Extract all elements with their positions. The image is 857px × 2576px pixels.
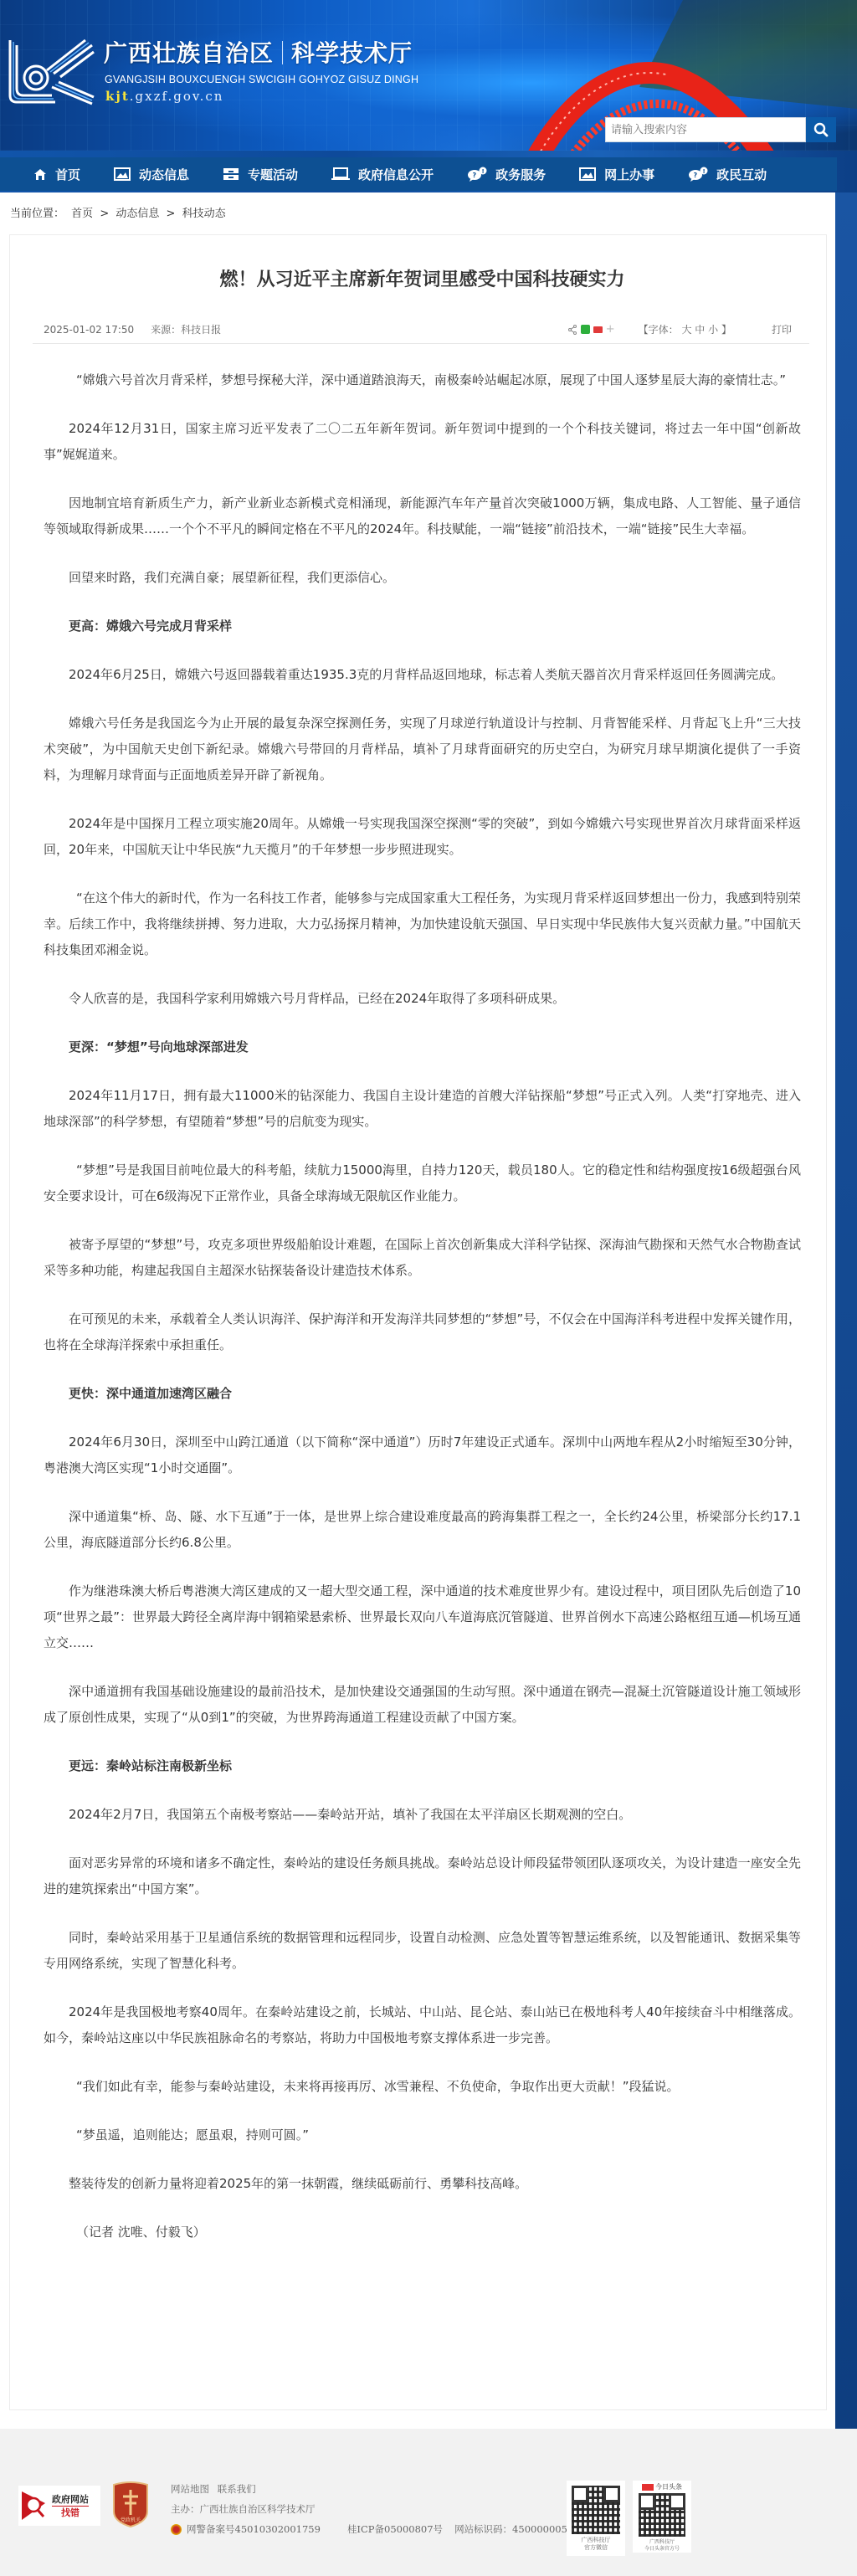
font-size-control: 【字体： 大 中 小 】 — [639, 322, 731, 336]
badge-line1: 政府网站 — [52, 2493, 89, 2507]
monitor-icon — [331, 167, 350, 181]
site-title: 广西壮族自治区科学技术厅 — [104, 35, 413, 69]
article-paragraph: 在可预见的未来，承载着全人类认识海洋、保护海洋和开发海洋共同梦想的“梦想”号，不… — [44, 1306, 801, 1358]
chat-bubbles-icon: ?! — [467, 167, 487, 182]
qr-code-image — [572, 2486, 620, 2534]
footer-info: 网站地图 联系我们 主办：广西壮族自治区科学技术厅 网警备案号450103020… — [171, 2479, 573, 2539]
search-input[interactable] — [605, 117, 806, 142]
article-paragraph: “在这个伟大的新时代，作为一名科技工作者，能够参与完成国家重大工程任务，为实现月… — [44, 885, 801, 963]
site-title-dept: 科学技术厅 — [291, 39, 413, 67]
nav-item-news[interactable]: 动态信息 — [114, 166, 189, 183]
article-paragraph: 嫦娥六号任务是我国迄今为止开展的最复杂深空探测任务，实现了月球逆行轨道设计与控制… — [44, 711, 801, 788]
search-icon — [813, 122, 829, 137]
nav-label: 网上办事 — [604, 166, 654, 183]
nav-label: 专题活动 — [248, 166, 298, 183]
site-domain: kjt.gxzf.gov.cn — [105, 89, 223, 104]
article-paragraph: 整装待发的创新力量将迎着2025年的第一抹朝霞，继续砥砺前行、勇攀科技高峰。 — [44, 2171, 801, 2197]
article: 燃！从习近平主席新年贺词里感受中国科技硬实力 2025-01-02 17:50 … — [9, 234, 827, 2410]
gov-site-error-report-badge[interactable]: 政府网站 找错 — [18, 2486, 100, 2526]
article-paragraph: 作为继港珠澳大桥后粤港澳大湾区建成的又一超大型交通工程，深中通道的技术难度世界少… — [44, 1578, 801, 1656]
article-paragraph: “梦想”号是我国目前吨位最大的科考船，续航力15000海里，自持力120天，载员… — [44, 1157, 801, 1209]
article-paragraph: 被寄予厚望的“梦想”号，攻克多项世界级船舶设计难题，在国际上首次创新集成大洋科学… — [44, 1232, 801, 1284]
site-title-region: 广西壮族自治区 — [104, 39, 274, 67]
font-size-large[interactable]: 大 — [681, 324, 691, 336]
share-icon[interactable] — [567, 325, 577, 335]
article-paragraph: 2024年6月25日，嫦娥六号返回器载着重达1935.3克的月背样品返回地球，标… — [44, 662, 801, 688]
nav-item-interaction[interactable]: ?! 政民互动 — [688, 166, 767, 183]
image-icon — [579, 167, 596, 181]
breadcrumb-news[interactable]: 动态信息 — [115, 208, 159, 220]
contact-link[interactable]: 联系我们 — [218, 2483, 256, 2495]
article-paragraph: 回望来时路，我们充满自豪；展望新征程，我们更添信心。 — [44, 565, 801, 591]
qr1-caption-line2: 官方微信 — [582, 2544, 611, 2552]
article-meta: 2025-01-02 17:50 来源：科技日报 + 【字体： 大 中 小 】 … — [33, 316, 809, 344]
sitemap-link[interactable]: 网站地图 — [171, 2483, 209, 2495]
svg-text:!: ! — [482, 168, 485, 175]
article-title: 燃！从习近平主席新年贺词里感受中国科技硬实力 — [44, 235, 801, 316]
police-badge-icon — [171, 2524, 182, 2535]
article-paragraph: 2024年2月7日，我国第五个南极考察站——秦岭站开站，填补了我国在太平洋扇区长… — [44, 1802, 801, 1828]
article-paragraph: “我们如此有幸，能参与秦岭站建设，未来将再接再厉、冰雪兼程、不负使命，争取作出更… — [44, 2074, 801, 2100]
section-heading: 更深：“梦想”号向地球深部进发 — [44, 1034, 801, 1060]
site-domain-highlight: kjt — [105, 89, 130, 104]
qr-code-image — [639, 2493, 685, 2537]
article-paragraph: 2024年11月17日，拥有最大11000米的钻深能力、我国自主设计建造的首艘大… — [44, 1083, 801, 1135]
font-size-small[interactable]: 小 — [708, 324, 718, 336]
section-heading: 更快：深中通道加速湾区融合 — [44, 1381, 801, 1407]
more-share-icon[interactable]: + — [606, 323, 615, 336]
site-domain-rest: .gxzf.gov.cn — [130, 89, 224, 104]
article-paragraph: 2024年6月30日，深圳至中山跨江通道（以下简称“深中通道”）历时7年建设正式… — [44, 1429, 801, 1481]
publish-date: 2025-01-02 17:50 — [44, 324, 134, 336]
toutiao-qr-code: 今日头条 广西科技厅 今日头条官方号 — [633, 2481, 691, 2553]
breadcrumb-separator: > — [100, 208, 109, 220]
footer-sponsor: 主办：广西壮族自治区科学技术厅 — [171, 2499, 573, 2519]
article-paragraph: 因地制宜培育新质生产力，新产业新业态新模式竞相涌现，新能源汽车年产量首次突破10… — [44, 490, 801, 542]
section-heading: 更远：秦岭站标注南极新坐标 — [44, 1753, 801, 1779]
nav-label: 政民互动 — [716, 166, 767, 183]
image-icon — [114, 167, 131, 181]
article-paragraph: 令人欣喜的是，我国科学家利用嫦娥六号月背样品，已经在2024年取得了多项科研成果… — [44, 986, 801, 1012]
svg-text:!: ! — [703, 168, 706, 175]
breadcrumb-prefix: 当前位置： — [10, 208, 64, 220]
site-footer: 政府网站 找错 党政机关 网站地图 联系我们 主办：广西壮族自治区科学技术厅 网… — [0, 2429, 857, 2576]
font-size-label-open: 【字体： — [639, 324, 679, 336]
article-paragraph: “梦虽遥，追则能达；愿虽艰，持则可圆。” — [44, 2122, 801, 2148]
article-paragraph: 深中通道集“桥、岛、隧、水下互通”于一体，是世界上综合建设难度最高的跨海集群工程… — [44, 1504, 801, 1556]
nav-label: 政府信息公开 — [358, 166, 434, 183]
section-heading: 更高：嫦娥六号完成月背采样 — [44, 613, 801, 639]
breadcrumb-home[interactable]: 首页 — [71, 208, 93, 220]
error-report-icon — [18, 2486, 52, 2525]
toutiao-logo-icon — [642, 2484, 654, 2491]
article-paragraph: 面对恶劣异常的环境和诸多不确定性，秦岭站的建设任务颇具挑战。秦岭站总设计师段猛带… — [44, 1850, 801, 1902]
article-paragraph: 2024年12月31日，国家主席习近平发表了二〇二五年新年贺词。新年贺词中提到的… — [44, 416, 801, 468]
site-header: 广西壮族自治区科学技术厅 GVANGJSIH BOUXCUENGH SWCIGI… — [0, 0, 857, 151]
qr2-caption-line1: 广西科技厅 — [644, 2539, 680, 2546]
article-paragraph: “嫦娥六号首次月背采样，梦想号探秘大洋，深中通道踏浪海天，南极秦岭站崛起冰原，展… — [44, 367, 801, 393]
font-size-label-close: 】 — [721, 324, 731, 336]
wechat-share-icon[interactable] — [581, 325, 590, 334]
article-paragraph: 深中通道拥有我国基础设施建设的最前沿技术，是加快建设交通强国的生动写照。深中通道… — [44, 1679, 801, 1731]
toutiao-header: 今日头条 — [642, 2482, 682, 2491]
svg-text:党政机关: 党政机关 — [121, 2517, 141, 2523]
main-nav-wrapper: 首页 动态信息 专题活动 政府信息公开 ?! 政务服务 网上办事 ?! 政民互动 — [0, 151, 857, 192]
svg-text:?: ? — [694, 172, 698, 179]
nav-item-gov-info[interactable]: 政府信息公开 — [331, 166, 434, 183]
article-body: “嫦娥六号首次月背采样，梦想号探秘大洋，深中通道踏浪海天，南极秦岭站崛起冰原，展… — [44, 344, 801, 2245]
weibo-share-icon[interactable] — [593, 326, 603, 333]
title-divider — [282, 41, 283, 64]
article-paragraph: （记者 沈唯、付毅飞） — [44, 2219, 801, 2245]
nav-item-online-services[interactable]: 网上办事 — [579, 166, 654, 183]
kjt-logo-icon — [5, 37, 95, 105]
main-nav: 首页 动态信息 专题活动 政府信息公开 ?! 政务服务 网上办事 ?! 政民互动 — [0, 157, 837, 191]
nav-item-topics[interactable]: 专题活动 — [223, 166, 298, 183]
police-record-link[interactable]: 网警备案号45010302001759 — [187, 2519, 321, 2539]
site-id-code: 网站标识码：4500000052 — [454, 2519, 573, 2539]
svg-text:?: ? — [473, 172, 477, 179]
font-size-medium[interactable]: 中 — [695, 324, 705, 336]
article-paragraph: 2024年是中国探月工程立项实施20周年。从嫦娥一号实现我国深空探测“零的突破”… — [44, 811, 801, 863]
inbox-icon — [223, 167, 239, 181]
badge-line2: 找错 — [52, 2507, 89, 2519]
home-icon — [33, 167, 47, 181]
page-content: 当前位置： 首页 > 动态信息 > 科技动态 燃！从习近平主席新年贺词里感受中国… — [0, 192, 835, 2429]
icp-record-link[interactable]: 桂ICP备05000807号 — [347, 2519, 443, 2539]
print-button[interactable]: 打印 — [772, 322, 792, 336]
site-subtitle-zhuang: GVANGJSIH BOUXCUENGH SWCIGIH GOHYOZ GISU… — [105, 74, 418, 85]
wechat-qr-code: 广西科技厅 官方微信 — [567, 2481, 625, 2556]
nav-label: 首页 — [55, 166, 80, 183]
qr2-caption-line2: 今日头条官方号 — [644, 2546, 680, 2553]
main-background: 当前位置： 首页 > 动态信息 > 科技动态 燃！从习近平主席新年贺词里感受中国… — [0, 192, 857, 2429]
chat-bubbles-icon: ?! — [688, 167, 708, 182]
breadcrumb-tech-news[interactable]: 科技动态 — [182, 208, 226, 220]
article-paragraph: 同时，秦岭站采用基于卫星通信系统的数据管理和远程同步，设置自动检测、应急处置等智… — [44, 1925, 801, 1977]
article-source: 来源：科技日报 — [151, 322, 221, 336]
article-paragraph: 2024年是我国极地考察40周年。在秦岭站建设之前，长城站、中山站、昆仑站、泰山… — [44, 1999, 801, 2051]
breadcrumb-separator: > — [167, 208, 176, 220]
party-gov-organ-badge-icon[interactable]: 党政机关 — [111, 2481, 150, 2528]
nav-label: 动态信息 — [139, 166, 189, 183]
footer-records: 网警备案号45010302001759 桂ICP备05000807号 网站标识码… — [171, 2519, 573, 2539]
footer-links: 网站地图 联系我们 — [171, 2479, 573, 2499]
nav-item-home[interactable]: 首页 — [33, 166, 80, 183]
qr1-caption-line1: 广西科技厅 — [582, 2537, 611, 2544]
nav-item-gov-services[interactable]: ?! 政务服务 — [467, 166, 546, 183]
breadcrumb: 当前位置： 首页 > 动态信息 > 科技动态 — [0, 192, 835, 234]
share-bar: + — [567, 323, 615, 336]
nav-label: 政务服务 — [495, 166, 546, 183]
search-button[interactable] — [806, 117, 836, 142]
